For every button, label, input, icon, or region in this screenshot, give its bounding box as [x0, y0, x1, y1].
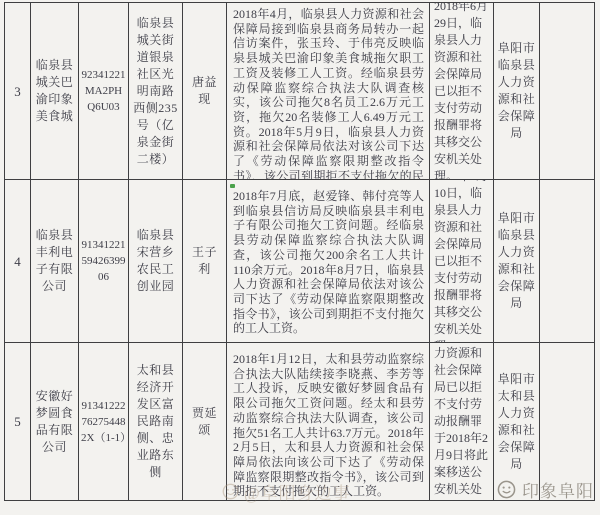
green-artifact — [230, 184, 235, 188]
company-cell: 临泉县城关巴渝印象美食城 — [31, 3, 79, 179]
wage-arrears-violation-table: 3 临泉县城关巴渝印象美食城 92341221MA2PHQ6U03 临泉县城关街… — [4, 2, 595, 501]
case-details-cell: 2018年1月12日，太和县劳动监察综合执法大队陆续接李晓燕、李芳等工人投诉，反… — [227, 343, 430, 500]
legal-person-cell: 唐益现 — [183, 3, 227, 179]
address-cell: 太和县经济开发区富民路南侧、忠业路东侧 — [129, 343, 183, 500]
handling-result-cell: 2018年6月29日，临泉县人力资源和社会保障局已以拒不支付劳动报酬罪将其移交公… — [430, 3, 494, 179]
reporting-authority-cell: 阜阳市临泉县人力资源和社会保障局 — [494, 180, 540, 342]
empty-cell — [540, 3, 594, 179]
table-row: 3 临泉县城关巴渝印象美食城 92341221MA2PHQ6U03 临泉县城关街… — [5, 3, 594, 180]
credit-code-cell: 913412215942639906 — [79, 180, 129, 342]
legal-person-cell: 贾延颂 — [183, 343, 227, 500]
handling-result-cell: 2018年8月10日，临泉县人力资源和社会保障局已以拒不支付劳动报酬罪将其移交公… — [430, 180, 494, 342]
handling-result-cell: 太和县人力资源和社会保障局已以拒不支付劳动报酬罪于2018年2月9日将此案移送公… — [430, 343, 494, 500]
reporting-authority-cell: 阜阳市临泉县人力资源和社会保障局 — [494, 3, 540, 179]
company-cell: 安徽好梦圆食品有限公司 — [31, 343, 79, 500]
credit-code-cell: 92341221MA2PHQ6U03 — [79, 3, 129, 179]
legal-person-cell: 王子利 — [183, 180, 227, 342]
seq-cell: 5 — [5, 343, 31, 500]
empty-cell — [540, 343, 594, 500]
reporting-authority-cell: 阜阳市太和县人力资源和社会保障局 — [494, 343, 540, 500]
company-cell: 临泉县丰利电子有限公司 — [31, 180, 79, 342]
address-cell: 临泉县城关街道银泉社区光明南路西侧235号（亿泉金街二楼） — [129, 3, 183, 179]
seq-cell: 3 — [5, 3, 31, 179]
credit-code-cell: 91341222762754482X（1-1） — [79, 343, 129, 500]
empty-cell — [540, 180, 594, 342]
table-row: 4 临泉县丰利电子有限公司 913412215942639906 临泉县宋营乡农… — [5, 180, 594, 343]
address-cell: 临泉县宋营乡农民工创业园 — [129, 180, 183, 342]
case-details-cell: 2018年7月底，赵爱锋、韩付亮等人到临泉县信访局反映临泉县丰利电子有限公司拖欠… — [227, 180, 430, 342]
table-row: 5 安徽好梦圆食品有限公司 91341222762754482X（1-1） 太和… — [5, 343, 594, 500]
case-details-cell: 2018年4月，临泉县人力资源和社会保障局接到临泉县商务局转办一起信访案件，张玉… — [227, 3, 430, 179]
seq-cell: 4 — [5, 180, 31, 342]
